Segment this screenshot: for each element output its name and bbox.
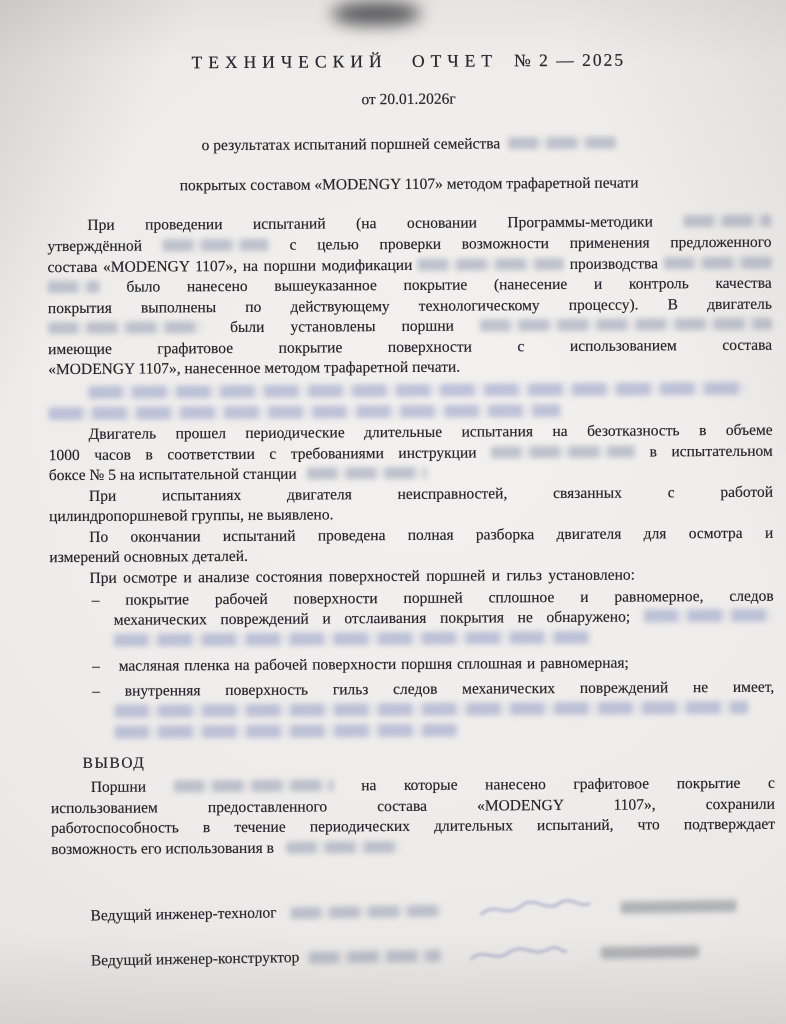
redacted-text — [48, 404, 560, 420]
bullet3-line1: – внутренняя поверхность гильз следов ме… — [92, 678, 774, 702]
signature-scribble-2 — [467, 942, 571, 968]
para1-line8: «MODENGY 1107», нанесенное методом трафа… — [48, 356, 772, 380]
body-text: производства — [570, 255, 658, 273]
redacted-text — [174, 779, 334, 792]
redacted-text — [286, 841, 400, 854]
bullet2-line1: – масляная пленка на рабочей поверхности… — [92, 652, 786, 676]
redacted-signatory-name-2 — [601, 945, 699, 959]
redacted-text — [114, 701, 748, 718]
signatory-role-2: Ведущий инженер-конструктор — [91, 948, 300, 971]
bullet3-redacted-line2 — [114, 719, 786, 743]
bullet-dash: – — [92, 591, 100, 611]
report-number: № 2 — 2025 — [514, 50, 625, 71]
signatory-role-1: Ведущий инженер-технолог — [90, 903, 276, 926]
redacted-text — [163, 239, 269, 252]
redacted-text — [664, 257, 772, 270]
redacted-text — [508, 137, 616, 150]
body-text: возможность его использования в — [51, 840, 274, 858]
redacted-text — [48, 281, 100, 293]
document-photo: ТЕХНИЧЕСКИЙ ОТЧЕТ№ 2 — 2025 от 20.01.202… — [0, 0, 786, 1024]
subject-text-1: о результатах испытаний поршней семейств… — [202, 135, 501, 154]
document-page: ТЕХНИЧЕСКИЙ ОТЧЕТ№ 2 — 2025 от 20.01.202… — [0, 0, 786, 1024]
redacted-text — [88, 382, 746, 399]
redacted-signatory-name-1 — [620, 900, 736, 914]
redacted-text — [491, 446, 635, 459]
body-text: механических повреждений и отслаивания п… — [114, 609, 630, 629]
bullet3-redacted-line1 — [114, 698, 786, 722]
body-text: было нанесено вышеуказанное покрытие (на… — [126, 275, 771, 296]
redacted-text — [418, 258, 564, 271]
redacted-text — [114, 631, 592, 647]
body-text: При проведении испытаний (на основании П… — [87, 213, 653, 233]
signature-row-2: Ведущий инженер-конструктор — [91, 938, 781, 973]
body-text: 1000 часов в соответствии с требованиями… — [49, 444, 477, 464]
body-text: внутренняя поверхность гильз следов меха… — [125, 679, 775, 700]
signature-row-1: Ведущий инженер-технолог — [90, 892, 780, 929]
redacted-text — [683, 215, 771, 228]
body-text: в испытательном — [650, 443, 773, 461]
redacted-paragraph-line1 — [88, 379, 786, 403]
redacted-text — [307, 467, 427, 480]
body-text: боксе № 5 на испытательной станции — [49, 466, 297, 485]
subject-line-2: покрытых составом «MODENGY 1107» методом… — [47, 173, 771, 197]
report-title: ТЕХНИЧЕСКИЙ ОТЧЕТ№ 2 — 2025 — [46, 49, 770, 73]
body-text: утверждённой — [47, 238, 142, 256]
redacted-text — [480, 318, 772, 332]
redacted-org-text — [290, 905, 442, 920]
bullet1-redacted-line — [114, 627, 786, 651]
para6-line1: При осмотре и анализе состояния поверхно… — [89, 564, 786, 588]
body-text: были установлены поршни — [230, 318, 454, 336]
redacted-text — [48, 321, 204, 334]
report-title-text: ТЕХНИЧЕСКИЙ ОТЧЕТ — [192, 50, 499, 72]
bullet-dash: – — [92, 657, 100, 677]
body-text: масляная пленка на рабочей поверхности п… — [119, 655, 629, 675]
bullet1-line2: механических повреждений и отслаивания п… — [114, 607, 774, 631]
para3-line1: Двигатель прошел периодические длительны… — [89, 421, 773, 445]
body-text: состава «MODENGY 1107», на поршни модифи… — [48, 257, 413, 276]
bullet-dash: – — [92, 682, 100, 702]
para1-line1: При проведении испытаний (на основании П… — [87, 212, 771, 236]
signature-scribble-1 — [476, 895, 594, 923]
report-date: от 20.01.2026г — [47, 88, 771, 112]
redacted-org-text — [309, 950, 441, 964]
conclusion-line1: Поршни на которые нанесено графитовое по… — [91, 774, 775, 798]
body-text: покрытие рабочей поверхности поршней спл… — [125, 588, 773, 609]
conclusion-line4: возможность его использования в — [51, 836, 775, 860]
redacted-header-stamp — [332, 2, 420, 26]
conclusion-heading: ВЫВОД — [83, 749, 786, 773]
subject-line-1: о результатах испытаний поршней семейств… — [47, 133, 771, 157]
body-text: Поршни — [91, 779, 146, 796]
redacted-text — [114, 724, 458, 739]
redacted-text — [644, 609, 774, 623]
body-text: с целью проверки возможности применения … — [290, 234, 772, 254]
body-text: на которые нанесено графитовое покрытие … — [361, 775, 775, 795]
